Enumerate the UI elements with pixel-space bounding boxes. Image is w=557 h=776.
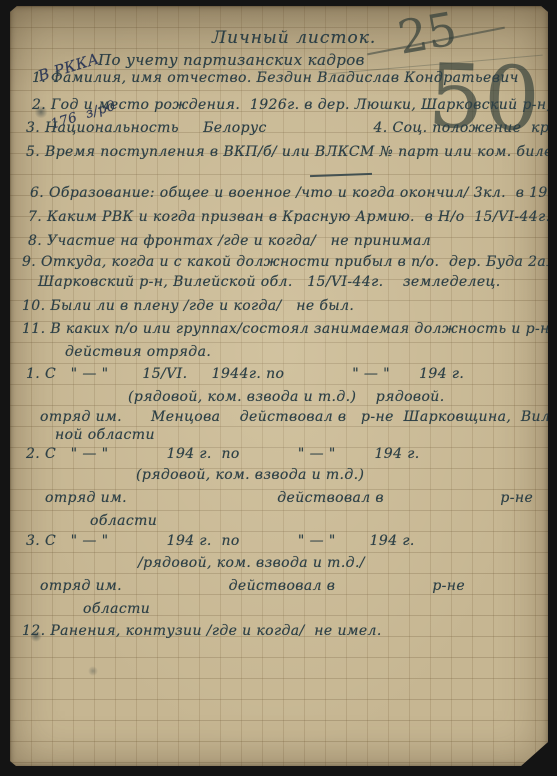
line-nationality: 3. Национальность Белорус 4. Соц. положе… <box>26 120 557 136</box>
paper-stain <box>88 666 98 676</box>
line-education: 6. Образование: общее и военное /что и к… <box>30 185 557 201</box>
entry2-dates: 2. С " — " 194 г. по " — " 194 г. <box>26 446 420 462</box>
entry3-rank: /рядовой, ком. взвода и т.д./ <box>138 555 365 571</box>
ink-blot <box>34 106 48 118</box>
entry1-region: ной области <box>55 427 155 443</box>
entry2-region: области <box>90 513 157 529</box>
entry1-unit: отряд им. Менцова действовал в р-не Шарк… <box>40 409 557 425</box>
line-arrival-2: Шарковский р-н, Вилейской обл. 15/VI-44г… <box>38 274 501 290</box>
line-wounds: 12. Ранения, контузии /где и когда/ не и… <box>22 623 382 639</box>
entry3-region: области <box>83 601 150 617</box>
page-title: Личный листок. <box>212 28 376 48</box>
line-captivity: 10. Были ли в плену /где и когда/ не был… <box>22 298 354 314</box>
blank-answer-dash <box>310 173 372 177</box>
ink-blot <box>30 630 42 642</box>
line-draft: 7. Каким РВК и когда призван в Красную А… <box>28 209 550 225</box>
entry3-unit: отряд им. действовал в р-не <box>40 578 465 594</box>
entry2-unit: отряд им. действовал в р-не <box>45 490 533 506</box>
line-surname: 1. Фамилия, имя отчество. Бездин Владисл… <box>32 70 519 86</box>
entry2-rank: (рядовой, ком. взвода и т.д.) <box>136 467 364 483</box>
line-birth: 2. Год и место рождения. 1926г. в дер. Л… <box>32 97 557 113</box>
line-units-header-1: 11. В каких п/о или группах/состоял зани… <box>22 321 550 337</box>
entry1-rank: (рядовой, ком. взвода и т.д.) рядовой. <box>128 389 445 405</box>
entry3-dates: 3. С " — " 194 г. по " — " 194 г. <box>26 533 415 549</box>
line-arrival-1: 9. Откуда, когда и с какой должности при… <box>22 254 557 270</box>
paper: В РККА 176 з/рд 25 50 Личный листок. По … <box>10 6 548 766</box>
entry1-dates: 1. С " — " 15/VI. 1944г. по " — " 194 г. <box>26 366 464 382</box>
line-party: 5. Время поступления в ВКП/б/ или ВЛКСМ … <box>26 144 557 160</box>
scanned-photo-background: В РККА 176 з/рд 25 50 Личный листок. По … <box>0 0 557 776</box>
line-units-header-2: действия отряда. <box>65 344 211 360</box>
page-subtitle: По учету партизанских кадров <box>98 51 365 69</box>
line-front-service: 8. Участие на фронтах /где и когда/ не п… <box>28 233 431 249</box>
